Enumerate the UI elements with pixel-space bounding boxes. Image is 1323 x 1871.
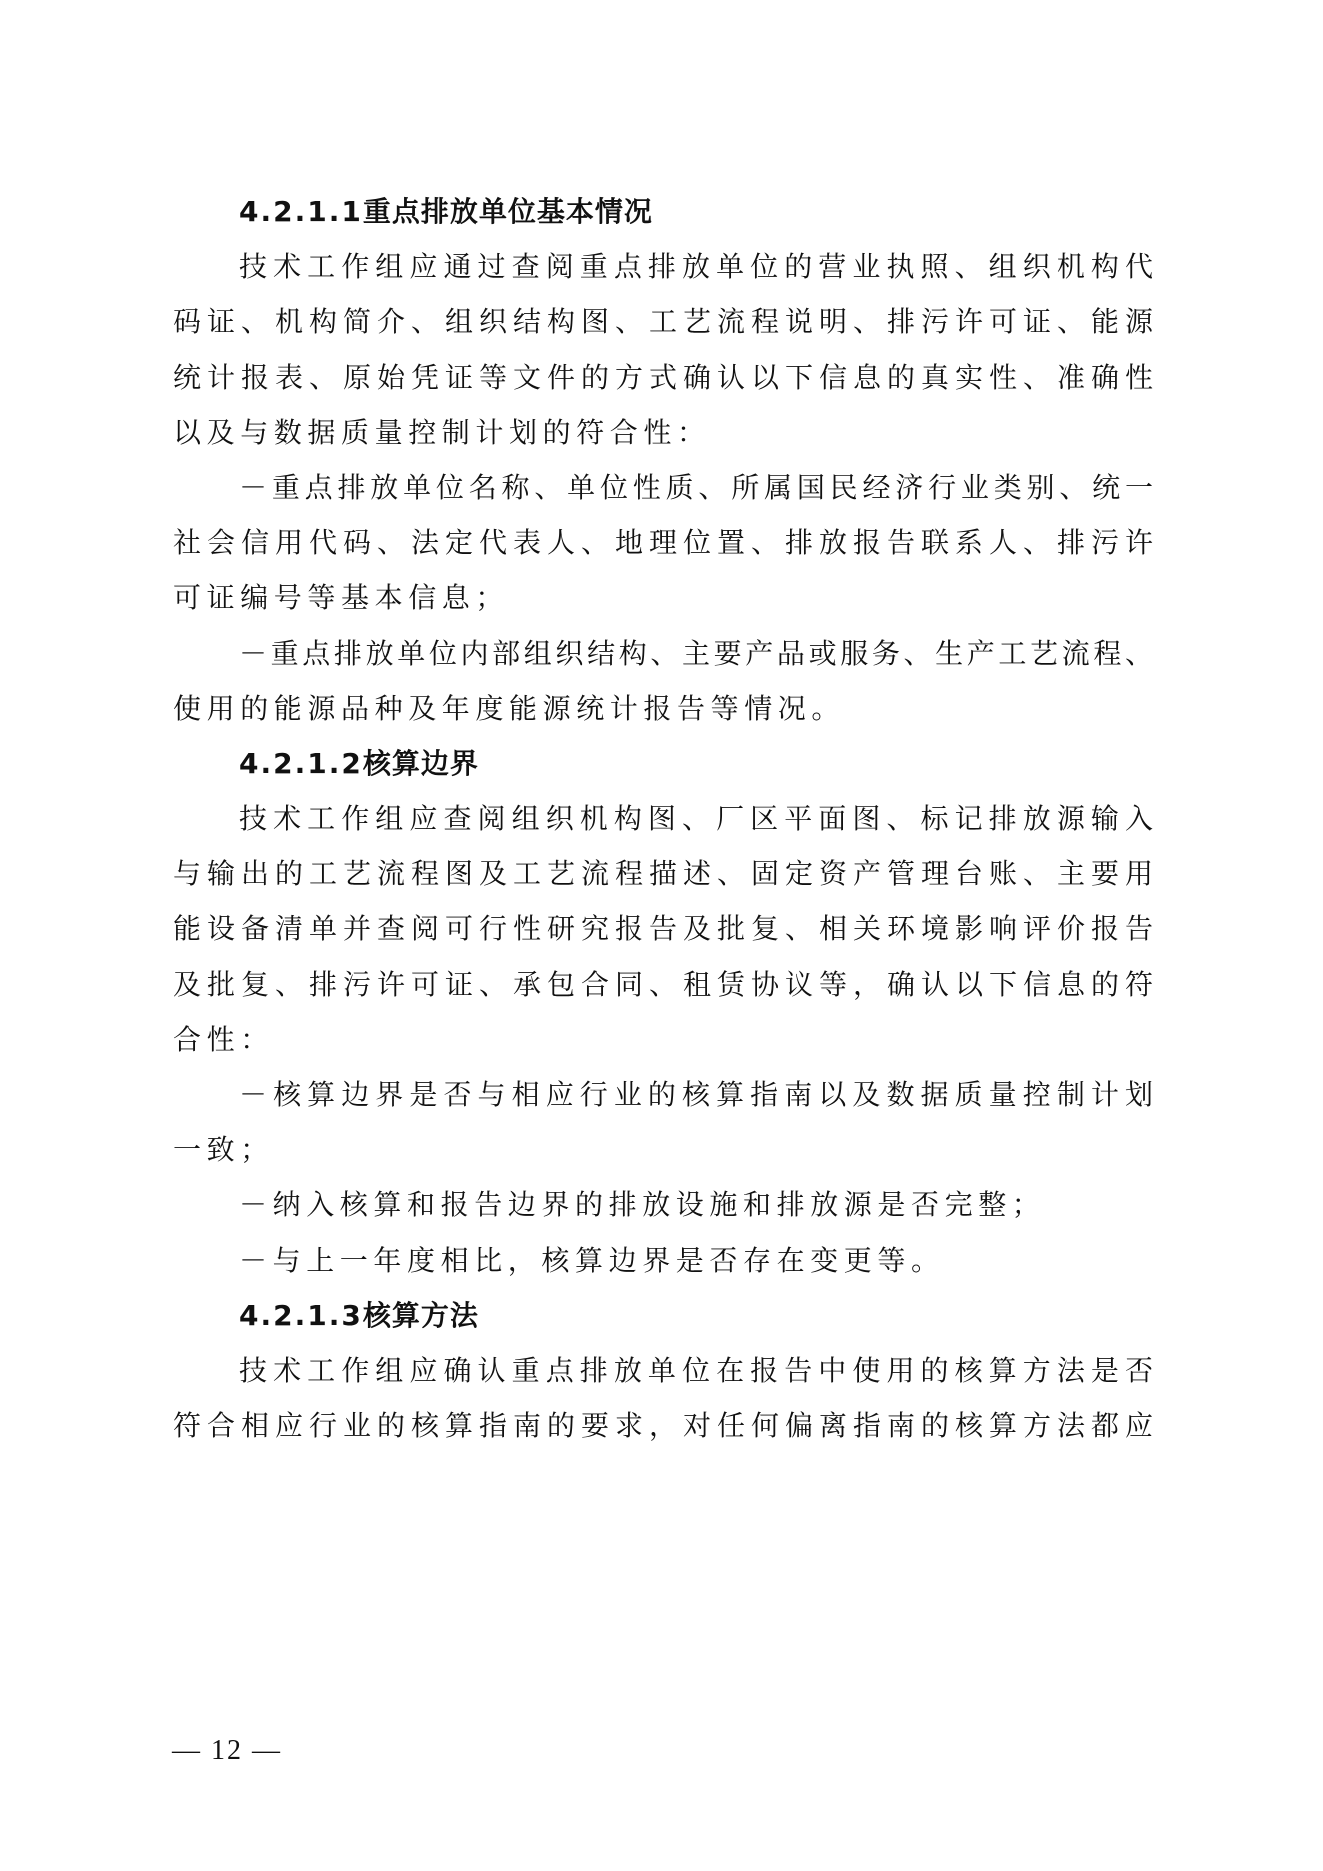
paragraph-line: 及批复、排污许可证、承包合同、租赁协议等，确认以下信息的符 [173,957,1153,1012]
paragraph-line: 能设备清单并查阅可行性研究报告及批复、相关环境影响评价报告 [173,901,1153,956]
list-item-line: －纳入核算和报告边界的排放设施和排放源是否完整； [173,1177,1153,1232]
page-number: — 12 — [172,1735,282,1767]
paragraph-line: 技术工作组应查阅组织机构图、厂区平面图、标记排放源输入 [173,791,1153,846]
paragraph-line: 技术工作组应通过查阅重点排放单位的营业执照、组织机构代 [173,239,1153,294]
document-page: 4.2.1.1重点排放单位基本情况 技术工作组应通过查阅重点排放单位的营业执照、… [173,184,1153,1453]
paragraph-line: 以及与数据质量控制计划的符合性： [173,405,1153,460]
paragraph-line: 合性： [173,1012,1153,1067]
list-item-line: －核算边界是否与相应行业的核算指南以及数据质量控制计划 [173,1067,1153,1122]
heading-number: 4.2.1.3 [239,1299,363,1332]
heading-title: 重点排放单位基本情况 [363,195,653,228]
list-item-line: 一致； [173,1122,1153,1177]
section-heading-4-2-1-1: 4.2.1.1重点排放单位基本情况 [173,184,1153,239]
paragraph-line: 统计报表、原始凭证等文件的方式确认以下信息的真实性、准确性 [173,350,1153,405]
heading-number: 4.2.1.2 [239,747,363,780]
list-item-line: 可证编号等基本信息； [173,570,1153,625]
section-heading-4-2-1-3: 4.2.1.3核算方法 [173,1288,1153,1343]
list-item-line: －重点排放单位名称、单位性质、所属国民经济行业类别、统一 [173,460,1153,515]
list-item-line: 社会信用代码、法定代表人、地理位置、排放报告联系人、排污许 [173,515,1153,570]
list-item-line: －与上一年度相比，核算边界是否存在变更等。 [173,1233,1153,1288]
paragraph-line: 技术工作组应确认重点排放单位在报告中使用的核算方法是否 [173,1343,1153,1398]
heading-number: 4.2.1.1 [239,195,363,228]
paragraph-line: 与输出的工艺流程图及工艺流程描述、固定资产管理台账、主要用 [173,846,1153,901]
list-item-line: 使用的能源品种及年度能源统计报告等情况。 [173,681,1153,736]
paragraph-line: 符合相应行业的核算指南的要求，对任何偏离指南的核算方法都应 [173,1398,1153,1453]
heading-title: 核算边界 [363,747,479,780]
paragraph-line: 码证、机构简介、组织结构图、工艺流程说明、排污许可证、能源 [173,294,1153,349]
list-item-line: －重点排放单位内部组织结构、主要产品或服务、生产工艺流程、 [173,626,1153,681]
section-heading-4-2-1-2: 4.2.1.2核算边界 [173,736,1153,791]
heading-title: 核算方法 [363,1299,479,1332]
